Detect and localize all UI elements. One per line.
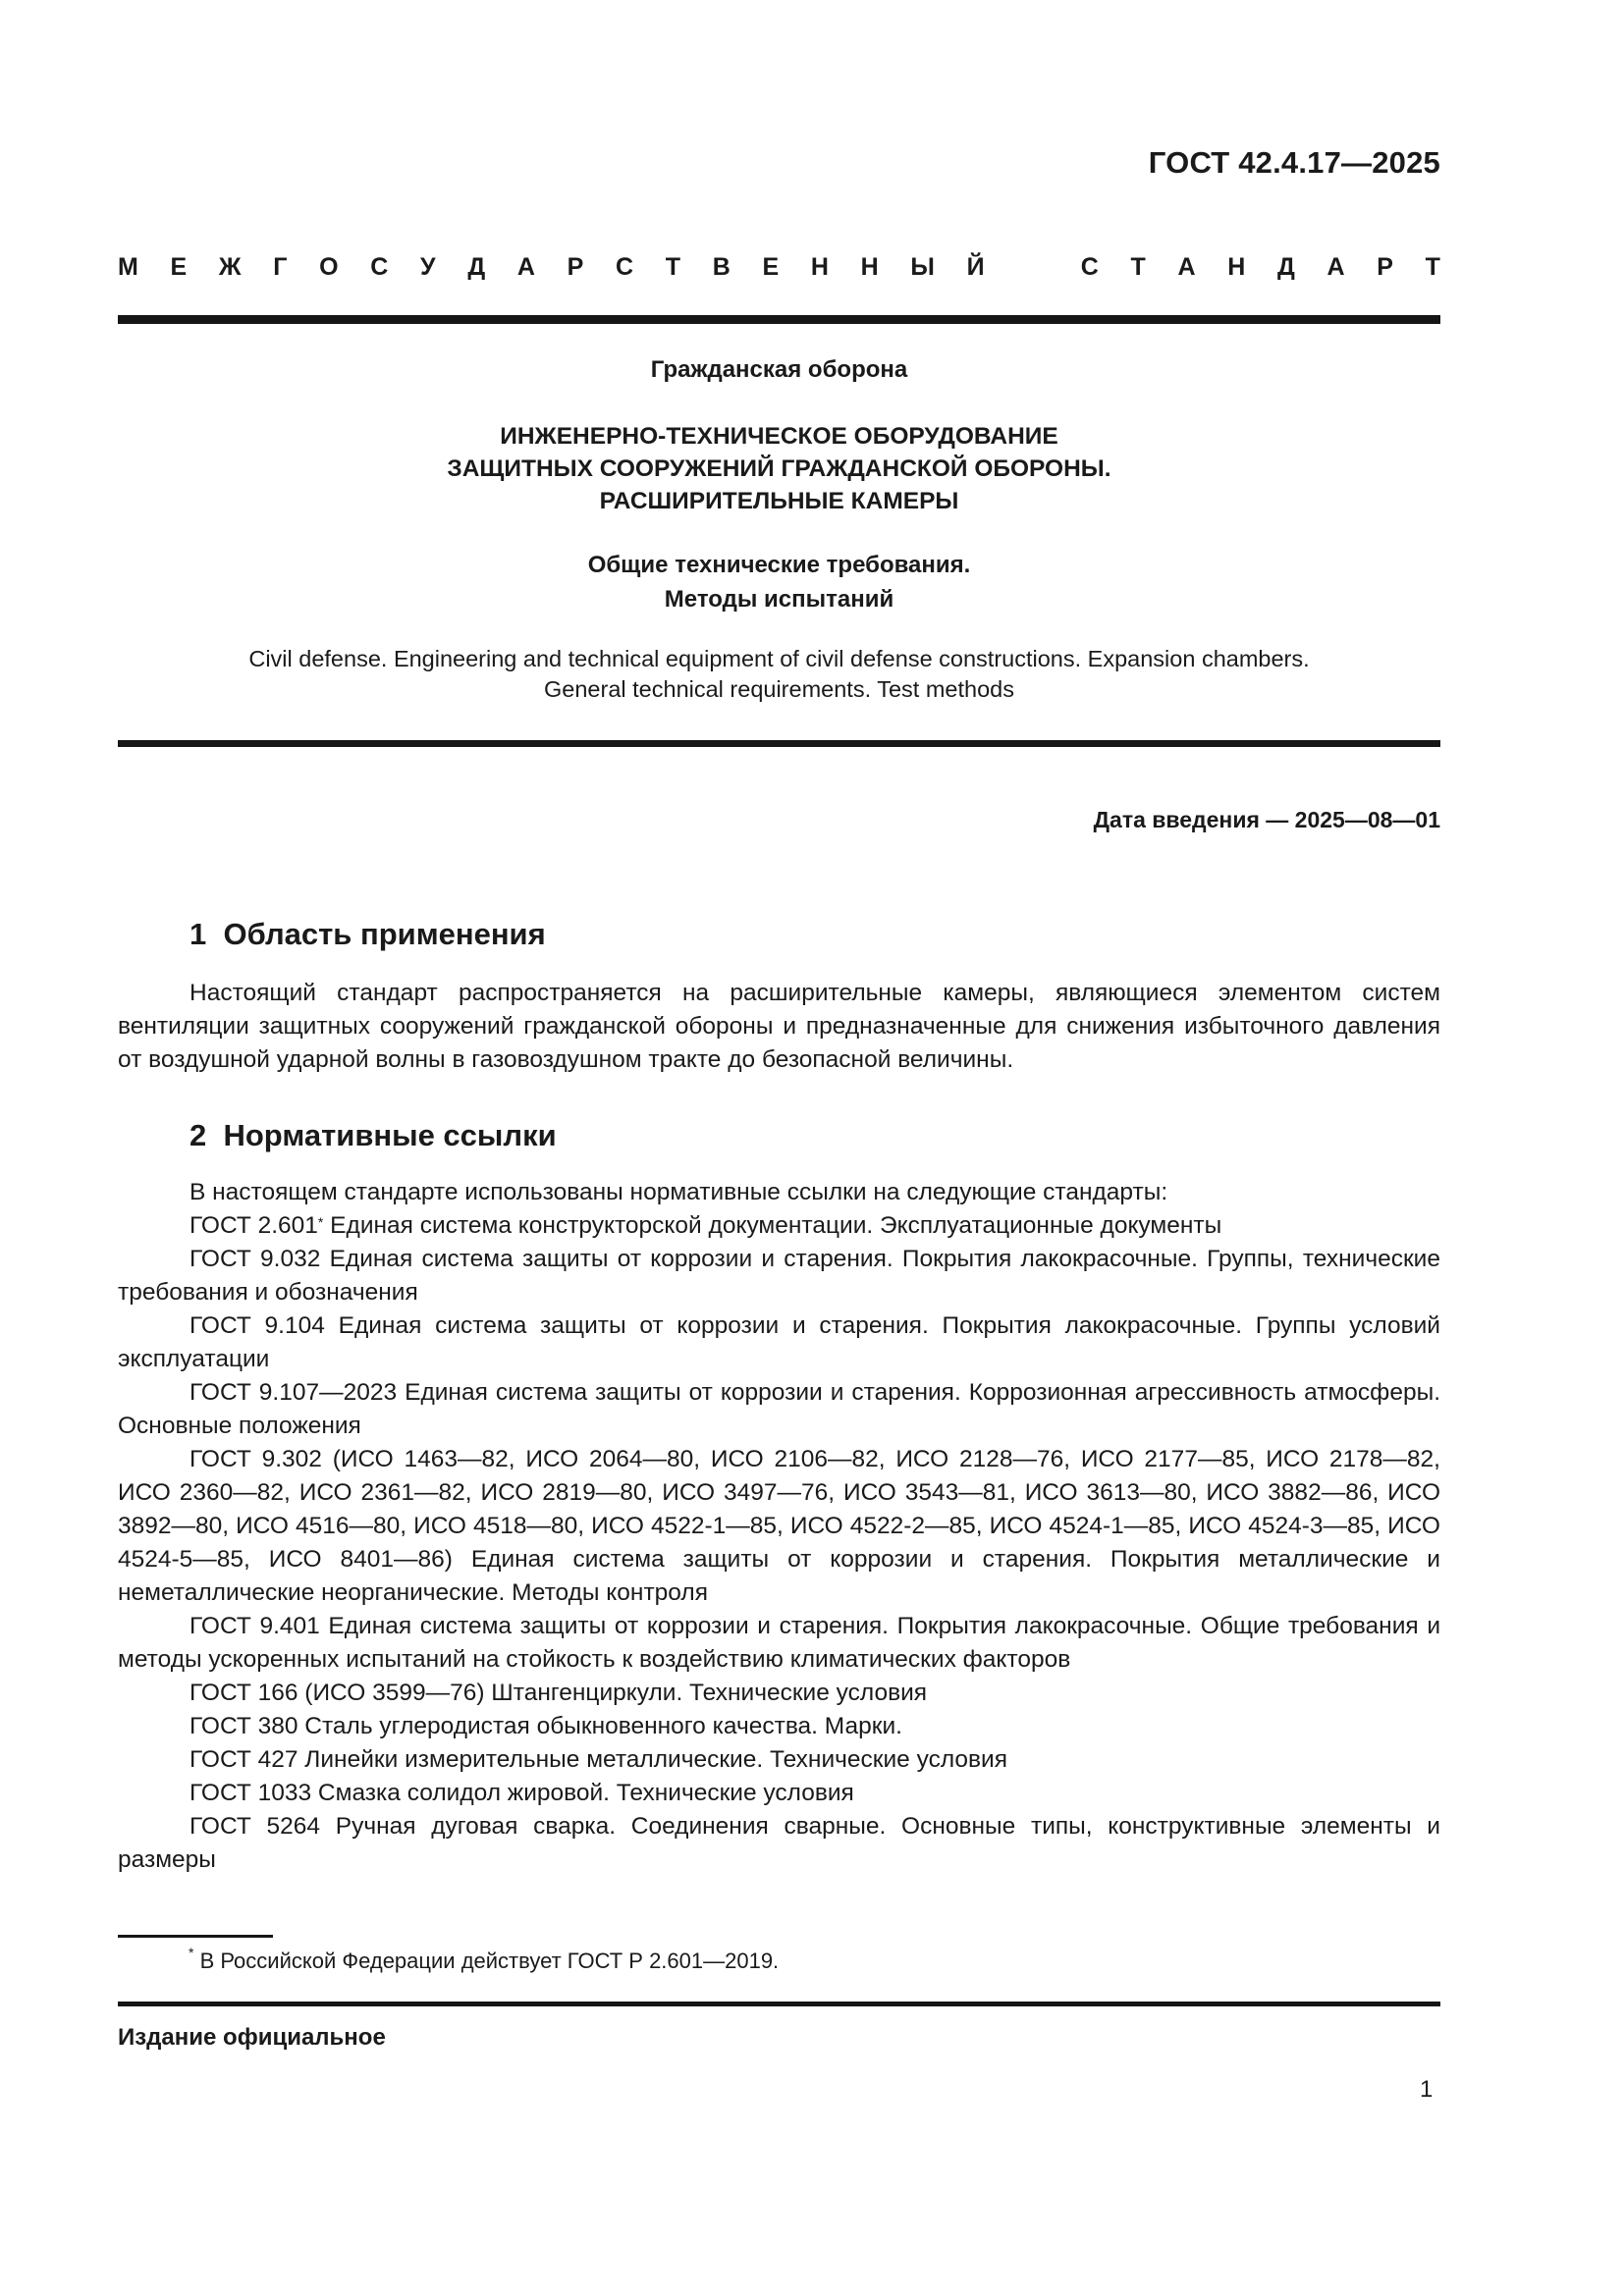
reference-item: ГОСТ 9.401 Единая система защиты от корр… [118,1610,1440,1677]
subtitle-line: Общие технические требования. [118,548,1440,582]
reference-title: Линейки измерительные металлические. Тех… [298,1746,1007,1773]
reference-item: ГОСТ 380 Сталь углеродистая обыкновенног… [118,1710,1440,1743]
interstate-letter: Н [861,253,879,282]
reference-item: ГОСТ 9.104 Единая система защиты от корр… [118,1309,1440,1376]
reference-item: ГОСТ 9.107—2023 Единая система защиты от… [118,1376,1440,1443]
title-line: РАСШИРИТЕЛЬНЫЕ КАМЕРЫ [118,485,1440,517]
reference-item: ГОСТ 166 (ИСО 3599—76) Штангенциркули. Т… [118,1677,1440,1710]
interstate-letter: Т [1130,253,1145,282]
reference-item: ГОСТ 9.302 (ИСО 1463—82, ИСО 2064—80, ИС… [118,1443,1440,1610]
reference-title: Сталь углеродистая обыкновенного качеств… [298,1713,901,1739]
footnote: * В Российской Федерации действует ГОСТ … [189,1949,779,1974]
interstate-letter: А [517,253,535,282]
section-1-body: Настоящий стандарт распространяется на р… [118,977,1440,1077]
references-intro: В настоящем стандарте использованы норма… [118,1176,1440,1209]
document-number: ГОСТ 42.4.17—2025 [1149,145,1440,181]
reference-code: ГОСТ 380 [189,1713,298,1739]
interstate-letter: Р [1377,253,1393,282]
category-title: Гражданская оборона [118,356,1440,384]
reference-code: ГОСТ 9.302 [189,1446,322,1472]
reference-title: Смазка солидол жировой. Технические усло… [311,1780,854,1806]
interstate-letter: Ж [219,253,242,282]
interstate-letter: Н [1227,253,1245,282]
normative-references: В настоящем стандарте использованы норма… [118,1176,1440,1877]
interstate-letter: С [370,253,388,282]
interstate-letter: С [1081,253,1099,282]
title-line: ИНЖЕНЕРНО-ТЕХНИЧЕСКОЕ ОБОРУДОВАНИЕ [118,420,1440,453]
reference-code: ГОСТ 427 [189,1746,298,1773]
title-line: ЗАЩИТНЫХ СООРУЖЕНИЙ ГРАЖДАНСКОЙ ОБОРОНЫ. [118,453,1440,485]
interstate-letter: Г [273,253,287,282]
english-title-line: General technical requirements. Test met… [118,674,1440,705]
reference-title: Единая система конструкторской документа… [323,1212,1221,1239]
subtitle-line: Методы испытаний [118,582,1440,616]
interstate-letter: У [420,253,436,282]
subtitle: Общие технические требования. Методы исп… [118,548,1440,616]
interstate-letter: М [118,253,138,282]
interstate-letter: В [713,253,731,282]
reference-code: ГОСТ 5264 [189,1813,320,1840]
main-title: ИНЖЕНЕРНО-ТЕХНИЧЕСКОЕ ОБОРУДОВАНИЕ ЗАЩИТ… [118,420,1440,517]
interstate-letter: А [1177,253,1195,282]
reference-item: ГОСТ 2.601* Единая система конструкторск… [118,1209,1440,1243]
interstate-letter: Д [467,253,485,282]
reference-code: ГОСТ 166 [189,1680,298,1706]
section-1-heading: 1 Область применения [189,917,546,952]
footnote-text: В Российской Федерации действует ГОСТ Р … [193,1949,779,1973]
footnote-mark: * [189,1945,193,1960]
introduction-date: Дата введения — 2025—08—01 [1094,807,1440,833]
interstate-letter: Е [171,253,188,282]
interstate-letter: Н [811,253,829,282]
reference-code: ГОСТ 9.401 [189,1613,320,1639]
reference-item: ГОСТ 9.032 Единая система защиты от корр… [118,1243,1440,1309]
footnote-mark: * [318,1214,323,1230]
reference-code: ГОСТ 9.032 [189,1246,320,1272]
page-number: 1 [1420,2076,1433,2104]
reference-code: ГОСТ 1033 [189,1780,311,1806]
interstate-letter: Р [568,253,584,282]
interstate-letter: О [319,253,338,282]
top-rule [118,315,1440,324]
reference-item: ГОСТ 1033 Смазка солидол жировой. Технич… [118,1777,1440,1810]
reference-code: ГОСТ 2.601 [189,1212,318,1239]
official-edition-label: Издание официальное [118,2024,386,2052]
interstate-standard-label: МЕЖГОСУДАРСТВЕННЫЙ СТАНДАРТ [118,253,1440,282]
reference-code: ГОСТ 9.107—2023 [189,1379,397,1406]
scope-paragraph: Настоящий стандарт распространяется на р… [118,977,1440,1077]
section-2-heading: 2 Нормативные ссылки [189,1118,557,1153]
footer-rule [118,2002,1440,2006]
reference-code: ГОСТ 9.104 [189,1312,325,1339]
interstate-letter: Т [666,253,680,282]
interstate-letter: Ы [910,253,934,282]
interstate-letter: С [616,253,633,282]
reference-item: ГОСТ 427 Линейки измерительные металличе… [118,1743,1440,1777]
reference-title: (ИСО 3599—76) Штангенциркули. Технически… [298,1680,927,1706]
english-title: Civil defense. Engineering and technical… [118,644,1440,705]
interstate-letter: Т [1426,253,1440,282]
title-rule [118,740,1440,747]
footnote-rule [118,1935,273,1938]
interstate-letter: Д [1277,253,1295,282]
interstate-letter: Е [763,253,780,282]
reference-item: ГОСТ 5264 Ручная дуговая сварка. Соедине… [118,1810,1440,1877]
interstate-letter: А [1326,253,1344,282]
english-title-line: Civil defense. Engineering and technical… [118,644,1440,674]
interstate-letter: Й [967,253,985,282]
